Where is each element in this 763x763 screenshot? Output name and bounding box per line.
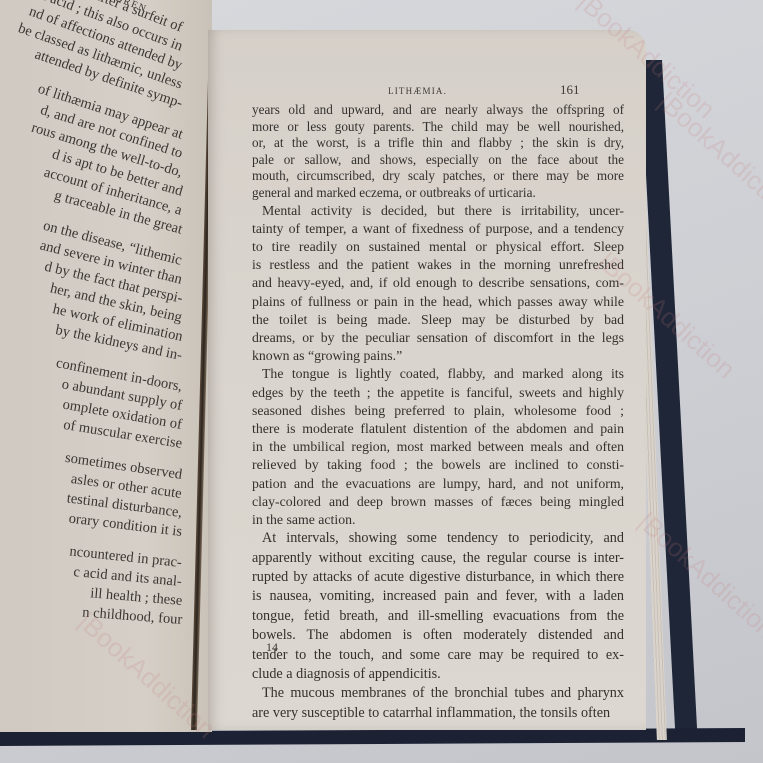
text-line: tender to the touch, and some care may b… xyxy=(252,646,624,665)
right-page-body: years old and upward, and are nearly alw… xyxy=(252,102,624,723)
paragraph-4: At intervals, showing some tendency to p… xyxy=(252,529,624,684)
text-line: pation and the evacuations are lumpy, ha… xyxy=(252,475,624,493)
text-line: seasoned dishes being preferred to plain… xyxy=(252,402,624,420)
text-line: or, at the worst, is a trifle thin and f… xyxy=(252,135,624,152)
text-line: dreams, or by the peculiar sensation of … xyxy=(252,329,624,347)
text-line: more or less gouty parents. The child ma… xyxy=(252,119,624,136)
page-number: 161 xyxy=(560,82,580,98)
text-line: bowels. The abdomen is often moderately … xyxy=(252,626,624,645)
paragraph-1: years old and upward, and are nearly alw… xyxy=(252,102,624,202)
paragraph-3: The tongue is lightly coated, flabby, an… xyxy=(252,365,624,529)
text-line: mouth, circumscribed, dry scaly patches,… xyxy=(252,168,624,185)
running-head: LITHÆMIA. xyxy=(388,86,447,96)
text-line: the toilet is being made. Sleep may be d… xyxy=(252,311,624,329)
text-line: years old and upward, and are nearly alw… xyxy=(252,102,624,119)
text-line: known as “growing pains.” xyxy=(252,347,624,365)
paragraph-5: The mucous membranes of the bronchial tu… xyxy=(252,684,624,723)
text-line: is restless and the patient wakes in the… xyxy=(252,256,624,274)
paragraph-2: Mental activity is decided, but there is… xyxy=(252,202,624,366)
text-line: clude a diagnosis of appendicitis. xyxy=(252,665,624,684)
text-line: and heavy-eyed, and, if old enough to de… xyxy=(252,274,624,292)
text-line: tainty of temper, a want of fixedness of… xyxy=(252,220,624,238)
text-line: are very susceptible to catarrhal inflam… xyxy=(252,704,624,723)
text-line: there is moderate flatulent distention o… xyxy=(252,420,624,438)
text-line: apparently without exciting cause, the r… xyxy=(252,549,624,568)
text-line: At intervals, showing some tendency to p… xyxy=(252,529,624,548)
text-line: The mucous membranes of the bronchial tu… xyxy=(252,684,624,703)
text-line: rupted by attacks of acute digestive dis… xyxy=(252,568,624,587)
text-line: The tongue is lightly coated, flabby, an… xyxy=(252,365,624,383)
left-page: IN CHILDREN.thy children, after a surfei… xyxy=(0,0,212,732)
text-line: plains of fullness or pain in the head, … xyxy=(252,293,624,311)
text-line: clay-colored and deep brown masses of fæ… xyxy=(252,493,624,511)
text-line: pale or sallow, and shows, especially on… xyxy=(252,152,624,169)
text-line: in the same action. xyxy=(252,511,624,529)
signature-mark: 14 xyxy=(266,640,278,655)
text-line: Mental activity is decided, but there is… xyxy=(252,202,624,220)
text-line: relieved by taking food ; the bowels are… xyxy=(252,456,624,474)
text-line: in the umbilical region, most marked bet… xyxy=(252,438,624,456)
text-line: tongue, fetid breath, and ill-smelling e… xyxy=(252,607,624,626)
text-line: edges by the teeth ; the appetite is fan… xyxy=(252,384,624,402)
text-line: general and marked eczema, or outbreaks … xyxy=(252,185,624,202)
text-line: is nausea, vomiting, increased pain and … xyxy=(252,587,624,606)
text-line: to tire readily on sustained mental or p… xyxy=(252,238,624,256)
